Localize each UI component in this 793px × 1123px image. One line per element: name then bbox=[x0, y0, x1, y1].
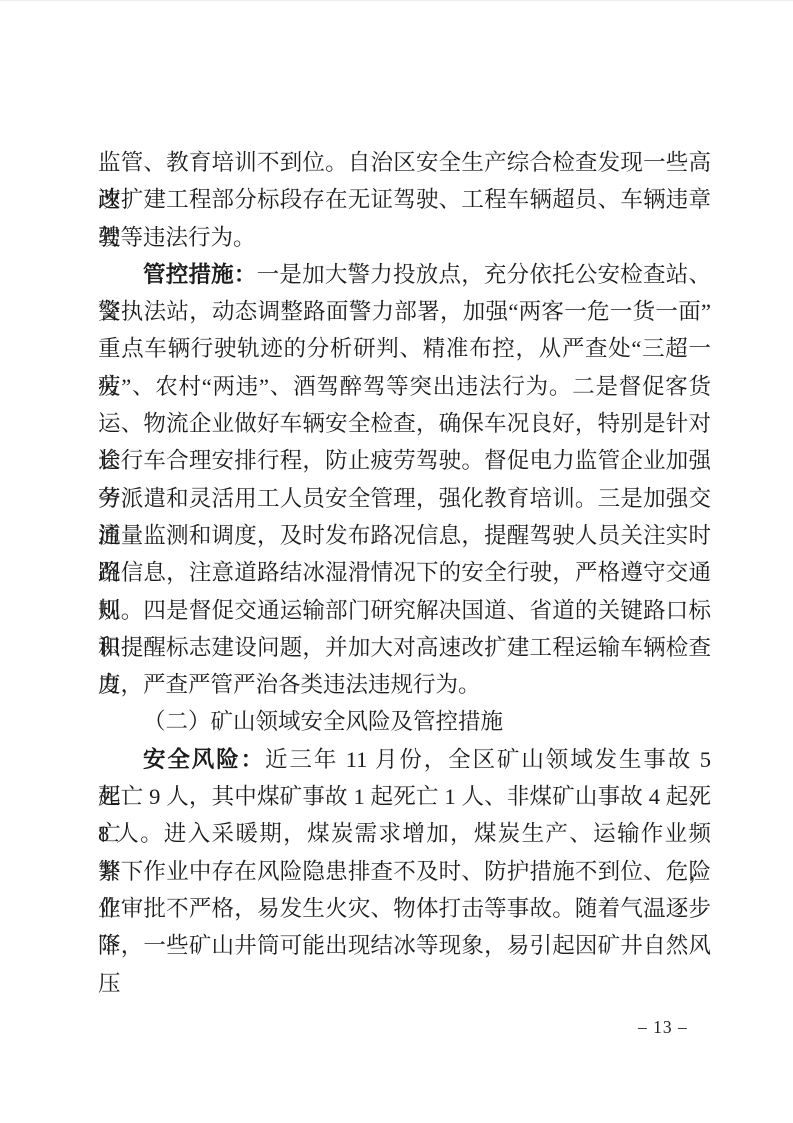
text-line: 则。四是督促交通运输部门研究解决国道、省道的关键路口标识 bbox=[98, 592, 711, 629]
text-line: 业审批不严格，易发生火灾、物体打击等事故。随着气温逐步下 bbox=[98, 890, 711, 927]
text-line: 运、物流企业做好车辆安全检查，确保车况良好，特别是针对长 bbox=[98, 405, 711, 442]
page-number: – 13 – bbox=[638, 1015, 688, 1039]
text-line: 务派遣和灵活用工人员安全管理，强化教育培训。三是加强交通 bbox=[98, 480, 711, 517]
text-line: 况信息，注意道路结冰湿滑情况下的安全行驶，严格遵守交通规 bbox=[98, 554, 711, 591]
paragraph-mining-safety-risk: 安全风险：近三年 11 月份，全区矿山领域发生事故 5 起、 死亡 9 人，其中… bbox=[98, 741, 711, 965]
text-line: 重点车辆行驶轨迹的分析研判、精准布控，从严查处“三超一疲 bbox=[98, 330, 711, 367]
text-line: 警执法站，动态调整路面警力部署，加强“两客一危一货一面” bbox=[98, 293, 711, 330]
text-line: 降，一些矿山井筒可能出现结冰等现象，易引起因矿井自然风压 bbox=[98, 927, 711, 964]
document-page: 监管、教育培训不到位。自治区安全生产综合检查发现一些高速 改扩建工程部分标段存在… bbox=[0, 0, 793, 1123]
text-line: 死亡 9 人，其中煤矿事故 1 起死亡 1 人、非煤矿山事故 4 起死亡 bbox=[98, 778, 711, 815]
text-line: 途行车合理安排行程，防止疲劳驾驶。督促电力监管企业加强劳 bbox=[98, 442, 711, 479]
section-heading-mining: （二）矿山领域安全风险及管控措施 bbox=[98, 703, 711, 740]
paragraph-traffic-violations-continued: 监管、教育培训不到位。自治区安全生产综合检查发现一些高速 改扩建工程部分标段存在… bbox=[98, 144, 711, 256]
text-line: 井下作业中存在风险隐患排查不及时、防护措施不到位、危险作 bbox=[98, 853, 711, 890]
text-line: 和提醒标志建设问题，并加大对高速改扩建工程运输车辆检查力 bbox=[98, 629, 711, 666]
safety-risk-label: 安全风险： bbox=[143, 747, 265, 772]
paragraph-traffic-control-measures: 管控措施：一是加大警力投放点，充分依托公安检查站、交 警执法站，动态调整路面警力… bbox=[98, 256, 711, 704]
control-measures-label: 管控措施： bbox=[143, 262, 257, 287]
document-text-block: 监管、教育培训不到位。自治区安全生产综合检查发现一些高速 改扩建工程部分标段存在… bbox=[98, 144, 711, 965]
text-line: 管控措施：一是加大警力投放点，充分依托公安检查站、交 bbox=[98, 256, 711, 293]
text-line: 驶等违法行为。 bbox=[98, 219, 711, 256]
text-line: 劳”、农村“两违”、酒驾醉驾等突出违法行为。二是督促客货 bbox=[98, 368, 711, 405]
text-line: 改扩建工程部分标段存在无证驾驶、工程车辆超员、车辆违章驾 bbox=[98, 181, 711, 218]
text-line: 流量监测和调度，及时发布路况信息，提醒驾驶人员关注实时路 bbox=[98, 517, 711, 554]
text-line: 8 人。进入采暖期，煤炭需求增加，煤炭生产、运输作业频繁， bbox=[98, 815, 711, 852]
text-line: 度，严查严管严治各类违法违规行为。 bbox=[98, 666, 711, 703]
text-line: 安全风险：近三年 11 月份，全区矿山领域发生事故 5 起、 bbox=[98, 741, 711, 778]
text-line: 监管、教育培训不到位。自治区安全生产综合检查发现一些高速 bbox=[98, 144, 711, 181]
